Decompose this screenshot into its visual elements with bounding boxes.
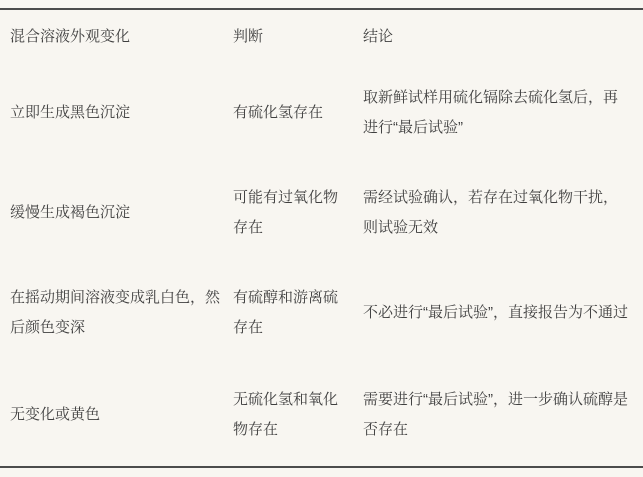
table-row: 在摇动期间溶液变成乳白色，然后颜色变深 有硫醇和游离硫存在 不必进行“最后试验”… — [0, 263, 643, 363]
cell-conclusion: 不必进行“最后试验”，直接报告为不通过 — [363, 263, 643, 363]
cell-observation: 立即生成黑色沉淀 — [0, 63, 233, 163]
cell-observation: 缓慢生成褐色沉淀 — [0, 163, 233, 263]
document-page: 混合溶液外观变化 判断 结论 立即生成黑色沉淀 有硫化氢存在 取新鲜试样用硫化镉… — [0, 0, 643, 477]
table-row: 缓慢生成褐色沉淀 可能有过氧化物存在 需经试验确认，若存在过氧化物干扰，则试验无… — [0, 163, 643, 263]
cell-observation: 无变化或黄色 — [0, 363, 233, 467]
cell-observation: 在摇动期间溶液变成乳白色，然后颜色变深 — [0, 263, 233, 363]
cell-conclusion: 取新鲜试样用硫化镉除去硫化氢后，再进行“最后试验” — [363, 63, 643, 163]
cell-judgment: 无硫化氢和氧化物存在 — [233, 363, 363, 467]
cell-judgment: 有硫醇和游离硫存在 — [233, 263, 363, 363]
column-header-judgment: 判断 — [233, 9, 363, 63]
cell-conclusion: 需经试验确认，若存在过氧化物干扰，则试验无效 — [363, 163, 643, 263]
table-row: 无变化或黄色 无硫化氢和氧化物存在 需要进行“最后试验”，进一步确认硫醇是否存在 — [0, 363, 643, 467]
cell-judgment: 可能有过氧化物存在 — [233, 163, 363, 263]
cell-conclusion: 需要进行“最后试验”，进一步确认硫醇是否存在 — [363, 363, 643, 467]
column-header-observation: 混合溶液外观变化 — [0, 9, 233, 63]
cell-judgment: 有硫化氢存在 — [233, 63, 363, 163]
results-table: 混合溶液外观变化 判断 结论 立即生成黑色沉淀 有硫化氢存在 取新鲜试样用硫化镉… — [0, 8, 643, 468]
column-header-conclusion: 结论 — [363, 9, 643, 63]
table-row: 立即生成黑色沉淀 有硫化氢存在 取新鲜试样用硫化镉除去硫化氢后，再进行“最后试验… — [0, 63, 643, 163]
table-header-row: 混合溶液外观变化 判断 结论 — [0, 9, 643, 63]
